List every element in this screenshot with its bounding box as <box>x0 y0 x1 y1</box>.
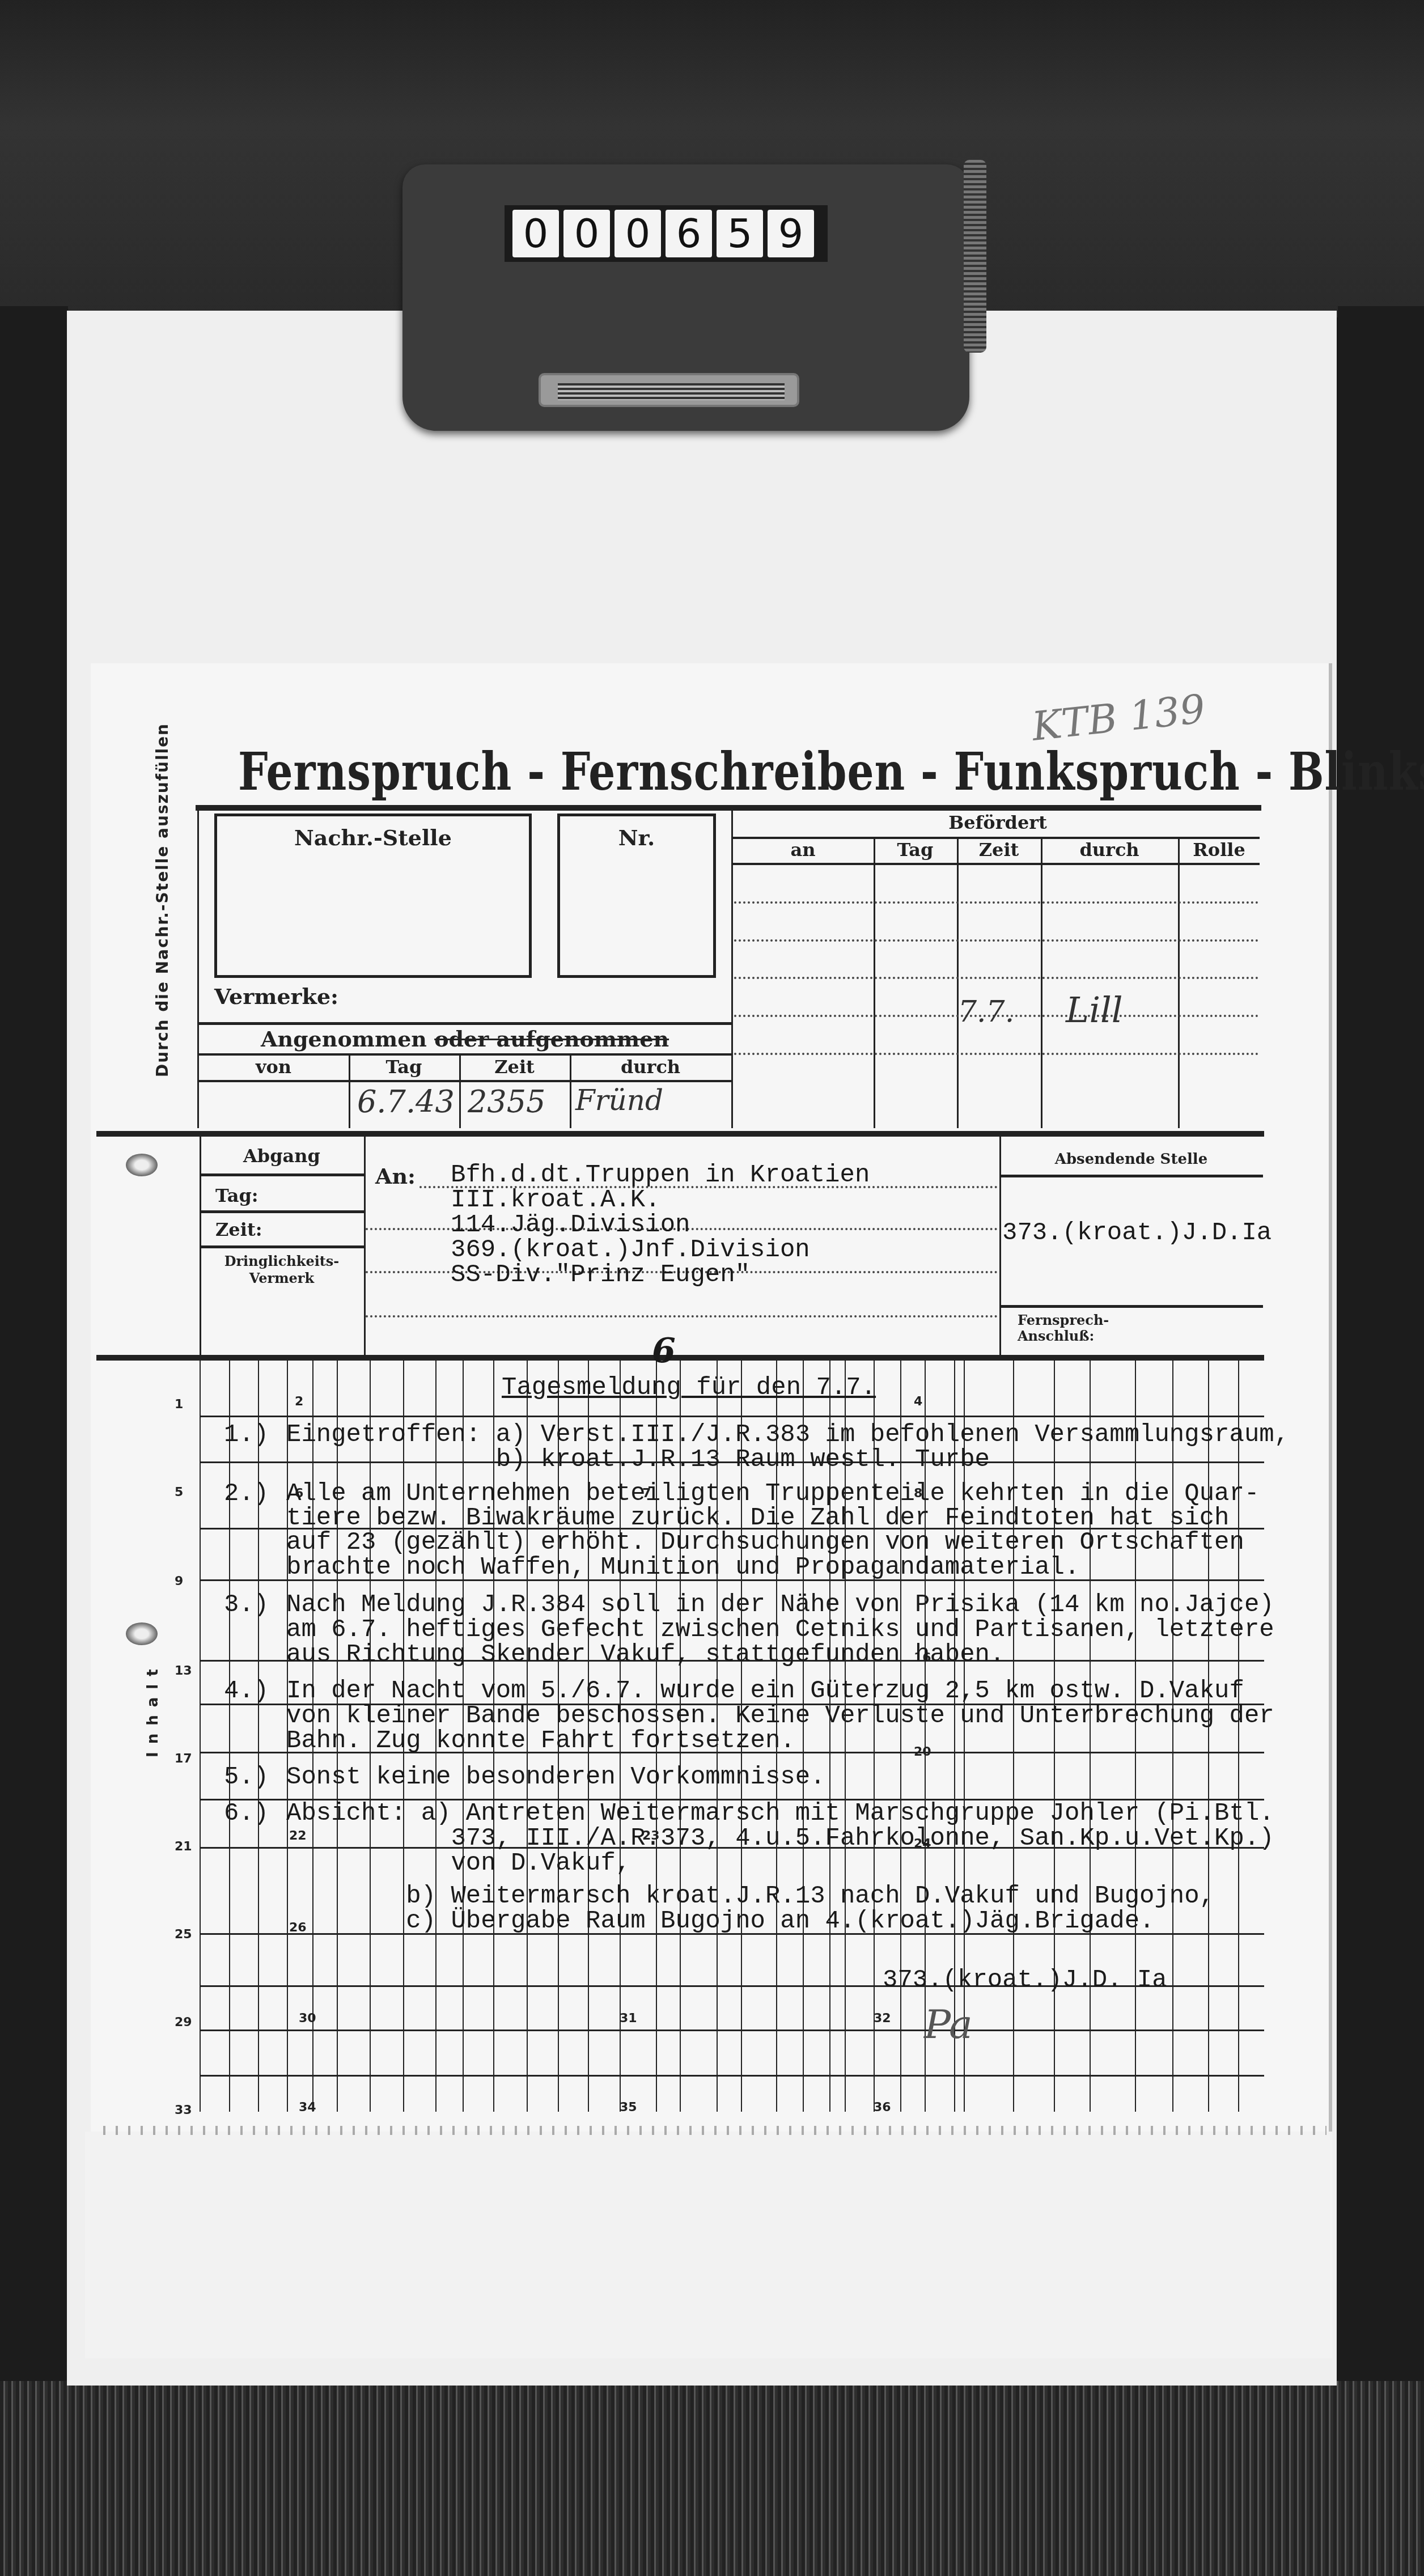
column-number: 31 <box>620 2011 637 2026</box>
message-line: von D.Vakuf, <box>286 1850 630 1876</box>
message-line: Absicht: a) Antreten Weitermarsch mit Ma… <box>286 1800 1274 1827</box>
signature-block: 373.(kroat.)J.D. Ia <box>883 1967 1167 1993</box>
angenommen-tag-value: 6.7.43 <box>357 1084 455 1120</box>
grid-column-line <box>229 1361 230 2112</box>
column-number: 34 <box>299 2100 316 2115</box>
absendende-stelle-label: Absendende Stelle <box>999 1151 1263 1168</box>
befoerdert-row-line <box>734 901 1258 904</box>
divider <box>196 805 1261 811</box>
punch-hole <box>126 1154 158 1176</box>
message-line: Alle am Unternehmen beteiligten Truppent… <box>286 1481 1259 1507</box>
an-label: An: <box>375 1163 416 1189</box>
divider <box>957 837 959 1128</box>
message-line: auf 23 (gezählt) erhöht. Durchsuchungen … <box>286 1529 1244 1556</box>
column-number: 35 <box>620 2100 637 2115</box>
counter-digit: 9 <box>768 210 814 257</box>
row-number: 9 <box>175 1574 183 1588</box>
nr-label: Nr. <box>557 825 716 850</box>
grid-row-line <box>200 2075 1264 2077</box>
fabric-backdrop-bottom <box>0 2381 1424 2576</box>
divider <box>201 1173 364 1176</box>
row-number: 29 <box>175 2015 192 2030</box>
grid-column-line <box>1135 1361 1136 2112</box>
grid-row-line <box>200 2030 1264 2031</box>
item-number: 2.) <box>224 1481 269 1507</box>
angenommen-col-tag: Tag <box>349 1056 459 1078</box>
fernsprech-label: Fernsprech- Anschluß: <box>1018 1312 1109 1344</box>
befoerdert-col-tag: Tag <box>874 839 957 861</box>
angenommen-col-zeit: Zeit <box>459 1056 570 1078</box>
counter-digit: 6 <box>666 210 712 257</box>
frame-counter: 0 0 0 6 5 9 <box>402 164 969 431</box>
grid-column-line <box>200 1361 201 2112</box>
column-number: 30 <box>299 2011 316 2026</box>
message-line: In der Nacht vom 5./6.7. wurde ein Güter… <box>286 1678 1244 1704</box>
recipient-line: 369.(kroat.)Jnf.Division <box>451 1237 810 1263</box>
abgang-tag-label: Tag: <box>215 1185 258 1206</box>
angenommen-col-durch: durch <box>570 1056 731 1078</box>
grid-column-line <box>1013 1361 1014 2112</box>
divider <box>198 1080 731 1082</box>
row-number: 21 <box>175 1840 192 1854</box>
divider <box>364 1137 366 1355</box>
grid-column-line <box>1054 1361 1055 2112</box>
message-line: Bahn. Zug konnte Fahrt fortsetzen. <box>286 1728 795 1754</box>
message-line: am 6.7. heftiges Gefecht zwischen Cetnik… <box>286 1617 1274 1643</box>
punch-hole <box>126 1622 158 1645</box>
column-number: 36 <box>874 2100 891 2115</box>
vermerke-label: Vermerke: <box>214 984 338 1009</box>
nameplate-stripes <box>558 383 785 400</box>
befoerdert-col-durch: durch <box>1041 839 1178 861</box>
row-number: 17 <box>175 1752 192 1766</box>
row-number: 13 <box>175 1664 192 1678</box>
befoerdert-title: Befördert <box>731 812 1264 833</box>
message-heading: Tagesmeldung für den 7.7. <box>502 1375 876 1401</box>
column-number: 2 <box>295 1395 303 1409</box>
perforation-edge <box>96 2126 1326 2135</box>
grid-column-line <box>1238 1361 1239 2112</box>
grid-column-line <box>258 1361 259 2112</box>
befoerdert-col-rolle: Rolle <box>1178 839 1260 861</box>
grid-row-line <box>200 1416 1264 1417</box>
befoerdert-row-line <box>734 1053 1258 1055</box>
column-number: 32 <box>874 2011 891 2026</box>
item-number: 3.) <box>224 1592 269 1618</box>
angenommen-struck: oder aufgenommen <box>434 1026 669 1052</box>
message-line: Nach Meldung J.R.384 soll in der Nähe vo… <box>286 1592 1274 1618</box>
dringlichkeit-label: Dringlichkeits- Vermerk <box>200 1253 364 1287</box>
message-line: Eingetroffen: a) Verst.III./J.R.383 im b… <box>286 1422 1289 1448</box>
angenommen-col-von: von <box>198 1056 349 1078</box>
grid-column-line <box>1090 1361 1091 2112</box>
message-line: b) kroat.J.R.13 Raum westl. Turbe <box>286 1447 990 1473</box>
column-number: 4 <box>914 1395 922 1409</box>
befoerdert-durch-value: Lill <box>1066 989 1123 1031</box>
counter-digit: 0 <box>614 210 661 257</box>
dark-backdrop-left <box>0 306 68 2404</box>
divider <box>732 863 1260 865</box>
column-number: 20 <box>914 1745 931 1759</box>
message-line: brachte noch Waffen, Munition und Propag… <box>286 1554 1079 1581</box>
recipient-line: III.kroat.A.K. <box>451 1187 660 1213</box>
form-title: Fernspruch - Fernschreiben - Funkspruch … <box>238 742 1236 803</box>
item-number: 1.) <box>224 1422 269 1448</box>
counter-digits: 0 0 0 6 5 9 <box>505 205 828 262</box>
abgang-zeit-label: Zeit: <box>215 1219 262 1240</box>
counter-digit: 0 <box>563 210 610 257</box>
message-heading-mark: 6 <box>652 1338 676 1364</box>
nachr-stelle-label: Nachr.-Stelle <box>214 825 532 850</box>
message-line: c) Übergabe Raum Bugojno an 4.(kroat.)Jä… <box>286 1908 1154 1934</box>
divider <box>96 1355 1264 1361</box>
row-number: 5 <box>175 1485 183 1499</box>
divider <box>198 1022 731 1025</box>
divider <box>201 1245 364 1248</box>
divider <box>1001 1175 1263 1177</box>
grid-column-line <box>1208 1361 1209 2112</box>
dark-backdrop-right <box>1338 306 1424 2404</box>
message-line: 373, III./A.R.373, 4.u.5.Fahrkolonne, Sa… <box>286 1825 1274 1851</box>
item-number: 4.) <box>224 1678 269 1704</box>
counter-nameplate <box>539 373 799 407</box>
counter-knob-icon <box>964 160 986 353</box>
counter-digit: 0 <box>512 210 559 257</box>
divider <box>198 1053 731 1056</box>
angenommen-title: Angenommen oder aufgenommen <box>198 1026 731 1052</box>
row-number: 33 <box>175 2103 192 2117</box>
befoerdert-col-an: an <box>732 839 874 861</box>
row-number: 25 <box>175 1927 192 1942</box>
counter-digit: 5 <box>717 210 763 257</box>
divider <box>1041 837 1042 1128</box>
inhalt-label: Inhalt <box>145 1661 162 1757</box>
recipient-line: 114.Jäg.Division <box>451 1212 690 1238</box>
recipient-line: Bfh.d.dt.Truppen in Kroatien <box>451 1162 870 1188</box>
divider <box>874 837 875 1128</box>
grid-column-line <box>1172 1361 1173 2112</box>
signature-initial: Pa <box>924 2001 973 2048</box>
message-line: aus Richtung Skender Vakuf, stattgefunde… <box>286 1642 1005 1668</box>
message-line: von kleiner Bande beschossen. Keine Verl… <box>286 1703 1274 1729</box>
abgang-title: Abgang <box>200 1145 364 1167</box>
message-line: tiere bezw. Biwakräume zurück. Die Zahl … <box>286 1505 1229 1531</box>
befoerdert-zeit-value: 7.7. <box>958 995 1014 1029</box>
angenommen-durch-value: Fründ <box>575 1084 663 1117</box>
message-line: b) Weitermarsch kroat.J.R.13 nach D.Vaku… <box>286 1883 1214 1909</box>
message-line: Sonst keine besonderen Vorkommnisse. <box>286 1764 825 1790</box>
side-instruction-label: Durch die Nachr.-Stelle auszufüllen <box>153 723 172 1077</box>
row-number: 1 <box>175 1397 183 1412</box>
angenommen-label: Angenommen <box>261 1026 427 1052</box>
divider <box>96 1131 1264 1137</box>
befoerdert-col-zeit: Zeit <box>957 839 1041 861</box>
recipient-line: SS-Div."Prinz Eugen" <box>451 1262 750 1288</box>
an-row-line <box>366 1315 998 1317</box>
divider <box>1001 1305 1263 1308</box>
sheet-lower-blank <box>85 2132 1332 2358</box>
absendende-stelle-value: 373.(kroat.)J.D.Ia <box>1002 1220 1272 1246</box>
befoerdert-row-line <box>734 939 1258 942</box>
angenommen-zeit-value: 2355 <box>468 1084 545 1120</box>
divider <box>1178 837 1180 1128</box>
befoerdert-row-line <box>734 977 1258 979</box>
item-number: 6.) <box>224 1800 269 1827</box>
divider <box>999 1137 1001 1355</box>
divider <box>201 1210 364 1213</box>
item-number: 5.) <box>224 1764 269 1790</box>
